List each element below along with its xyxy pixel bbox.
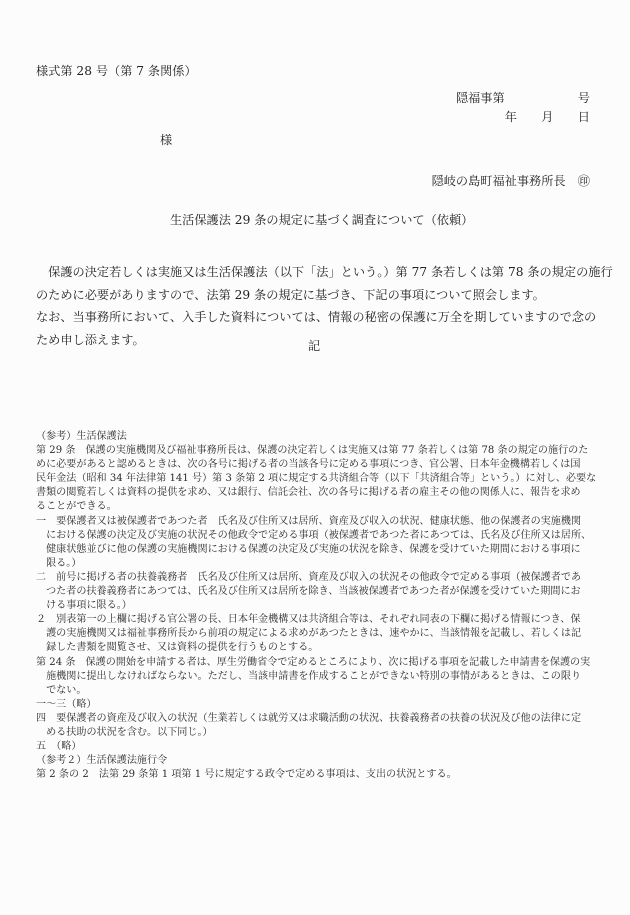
reference-section: （参考）生活保護法 第 29 条 保護の実施機関及び福祉事務所長は、保護の決定若… bbox=[36, 430, 596, 782]
reference-line: 五 （略） bbox=[36, 740, 596, 754]
reference-line: 一 要保護者又は被保護者であつた者 氏名及び住所又は居所、資産及び収入の状況、健… bbox=[36, 515, 596, 529]
reference-line: でない。 bbox=[36, 684, 596, 698]
reference-line: 四 要保護者の資産及び収入の状況（生業若しくは就労又は求職活動の状況、扶養義務者… bbox=[36, 712, 596, 726]
reference-line: における保護の決定及び実施の状況その他政令で定める事項（被保護者であつた者にあつ… bbox=[36, 529, 596, 543]
addressee: 様 bbox=[160, 130, 172, 150]
reference-line: 第 2 条の 2 法第 29 条第 1 項第 1 号に規定する政令で定める事項は… bbox=[36, 768, 596, 782]
reference-line: （参考）生活保護法 bbox=[36, 430, 596, 444]
reference-line: 書類の閲覧若しくは資料の提供を求め、又は銀行、信託会社、次の各号に掲げる者の雇主… bbox=[36, 486, 596, 500]
reference-line: つた者の扶養義務者にあつては、氏名及び住所又は居所を除き、当該被保護者であつた者… bbox=[36, 585, 596, 599]
body-line: なお、当事務所において、入手した資料については、情報の秘密の保護に万全を期してい… bbox=[36, 306, 596, 329]
reference-line: （参考２）生活保護法施行令 bbox=[36, 754, 596, 768]
reference-line: 民年金法（昭和 34 年法律第 141 号）第 3 条第 2 項に規定する共済組… bbox=[36, 472, 596, 486]
reference-line: 録した書類を閲覧させ、又は資料の提供を行うものとする。 bbox=[36, 641, 596, 655]
body-line: 保護の決定若しくは実施又は生活保護法（以下「法」という。）第 77 条若しくは第… bbox=[36, 261, 596, 284]
reference-line: 施機関に提出しなければならない。ただし、当該申請書を作成することができない特別の… bbox=[36, 670, 596, 684]
reference-line: 護の実施機関又は福祉事務所長から前項の規定による求めがあつたときは、速やかに、当… bbox=[36, 627, 596, 641]
form-number: 様式第 28 号（第 7 条関係） bbox=[36, 61, 197, 81]
document-title: 生活保護法 29 条の規定に基づく調査について（依頼） bbox=[170, 210, 473, 230]
reference-line: 一～三（略） bbox=[36, 698, 596, 712]
reference-line: ２ 別表第一の上欄に掲げる官公署の長、日本年金機構又は共済組合等は、それぞれ同表… bbox=[36, 613, 596, 627]
reference-line: ることができる。 bbox=[36, 500, 596, 514]
reference-line: めに必要があると認めるときは、次の各号に掲げる者の当該各号に定める事項につき、官… bbox=[36, 458, 596, 472]
reference-line: める扶助の状況を含む。以下同じ。） bbox=[36, 726, 596, 740]
date-line: 年 月 日 bbox=[505, 107, 590, 127]
sender: 隠岐の島町福祉事務所長 ㊞ bbox=[432, 171, 590, 191]
reference-line: 限る。） bbox=[36, 557, 596, 571]
document-number: 隠福事第 号 bbox=[456, 88, 590, 108]
reference-line: 第 24 条 保護の開始を申請する者は、厚生労働省令で定めるところにより、次に掲… bbox=[36, 656, 596, 670]
ki-heading: 記 bbox=[308, 336, 320, 356]
reference-line: 二 前号に掲げる者の扶養義務者 氏名及び住所又は居所、資産及び収入の状況その他政… bbox=[36, 571, 596, 585]
reference-line: ける事項に限る。） bbox=[36, 599, 596, 613]
body-line: のために必要がありますので、法第 29 条の規定に基づき、下記の事項について照会… bbox=[36, 284, 596, 307]
reference-line: 第 29 条 保護の実施機関及び福祉事務所長は、保護の決定若しくは実施又は第 7… bbox=[36, 444, 596, 458]
reference-line: 健康状態並びに他の保護の実施機関における保護の決定及び実施の状況を除き、保護を受… bbox=[36, 543, 596, 557]
